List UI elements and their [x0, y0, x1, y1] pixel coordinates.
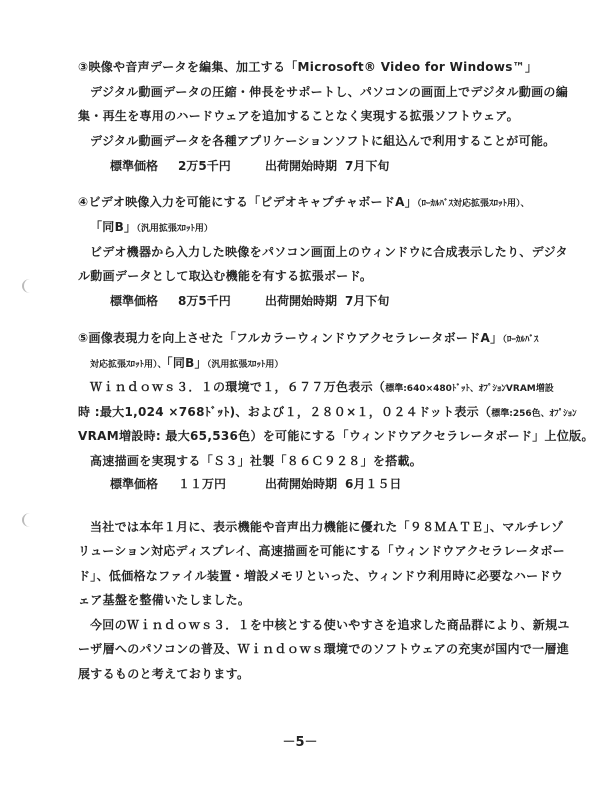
closing-paragraph-line: 展するものと考えております。 — [78, 666, 249, 682]
closing-paragraph-line: ド」、低価格なファイル装置・増設メモリといった、ウィンドウ利用時に必要なハードウ — [78, 568, 563, 584]
section-3-body-line: デジタル動画データを各種アプリケーションソフトに組込んで利用することが可能。 — [90, 133, 555, 149]
closing-paragraph-line: ーザ層へのパソコンの普及、Ｗｉｎｄｏｗｓ環境でのソフトウェアの充実が国内で一層進 — [78, 641, 569, 657]
section-5-heading2-note-a: 対応拡張ｽﾛｯﾄ用）、 — [90, 360, 167, 370]
punch-hole-mark — [22, 513, 38, 527]
section-5-body-text: 時 :最大1,024 ×768ﾄﾞｯﾄ)、および１，２８０×１，０２４ドット表示… — [78, 405, 491, 419]
page-number: －5－ — [0, 731, 600, 750]
section-5-body-note: 標準:640×480ﾄﾞｯﾄ、ｵﾌﾟｼｮﾝVRAM増設 — [385, 384, 554, 394]
section-5-body-text: Ｗｉｎｄｏｗｓ３．１の環境で１，６７７万色表示（ — [90, 380, 385, 394]
section-5-heading2-text: 「同B」 — [167, 356, 207, 370]
section-4-body-line: ル動画データとして取込む機能を有する拡張ボード。 — [78, 268, 372, 284]
price-label: 標準価格 — [110, 158, 158, 174]
section-3-body-line: デジタル動画データの圧縮・伸長をサポートし、パソコンの画面上でデジタル動画の編 — [90, 84, 568, 100]
section-4-heading2-text: 「同B」 — [90, 220, 136, 234]
section-4-body-line: ビデオ機器から入力した映像をパソコン画面上のウィンドウに合成表示したり、デジタ — [90, 244, 568, 260]
section-4-heading: ④ビデオ映像入力を可能にする「ビデオキャプチャボードA」（ﾛｰｶﾙﾊﾞｽ対応拡張… — [78, 194, 530, 212]
section-4-heading2-note: （汎用拡張ｽﾛｯﾄ用） — [136, 224, 213, 234]
ship-date-value: 7月下旬 — [345, 158, 389, 174]
price-label: 標準価格 — [110, 293, 158, 309]
punch-hole-mark — [22, 279, 38, 293]
section-5-body-line: VRAM増設時: 最大65,536色）を可能にする「ウィンドウアクセラレータボー… — [78, 428, 594, 444]
document-page: ③映像や音声データを編集、加工する「Microsoft® Video for W… — [0, 0, 600, 800]
ship-date-label: 出荷開始時期 — [265, 158, 337, 174]
section-5-body-line: Ｗｉｎｄｏｗｓ３．１の環境で１，６７７万色表示（標準:640×480ﾄﾞｯﾄ、ｵ… — [90, 379, 554, 397]
section-5-heading-note: （ﾛｰｶﾙﾊﾞｽ — [502, 335, 538, 345]
ship-date-value: 7月下旬 — [345, 293, 389, 309]
ship-date-label: 出荷開始時期 — [265, 476, 337, 492]
ship-date-value: 6月１５日 — [345, 476, 401, 492]
section-5-body-line: 高速描画を実現する「Ｓ３」社製「８６Ｃ９２８」を搭載。 — [90, 453, 422, 469]
price-value: 2万5千円 — [178, 158, 231, 174]
section-5-heading2-note: （汎用拡張ｽﾛｯﾄ用） — [207, 360, 284, 370]
ship-date-label: 出荷開始時期 — [265, 293, 337, 309]
section-4-heading-note: （ﾛｰｶﾙﾊﾞｽ対応拡張ｽﾛｯﾄ用）、 — [417, 199, 530, 209]
price-label: 標準価格 — [110, 476, 158, 492]
section-5-heading: ⑤画像表現力を向上させた「フルカラーウィンドウアクセラレータボードA」（ﾛｰｶﾙ… — [78, 330, 538, 348]
closing-paragraph-line: 当社では本年１月に、表示機能や音声出力機能に優れた「９８ＭＡＴＥ」、マルチレゾ — [90, 519, 563, 535]
section-3-heading: ③映像や音声データを編集、加工する「Microsoft® Video for W… — [78, 59, 537, 75]
price-value: １１万円 — [178, 476, 226, 492]
closing-paragraph-line: ェア基盤を整備いたしました。 — [78, 592, 250, 608]
section-5-heading-line2: 対応拡張ｽﾛｯﾄ用）、「同B」（汎用拡張ｽﾛｯﾄ用） — [90, 355, 283, 373]
section-3-body-line: 集・再生を専用のハードウェアを追加することなく実現する拡張ソフトウェア。 — [78, 108, 519, 124]
section-4-heading-line2: 「同B」（汎用拡張ｽﾛｯﾄ用） — [90, 219, 213, 237]
price-value: 8万5千円 — [178, 293, 231, 309]
section-4-heading-text: ④ビデオ映像入力を可能にする「ビデオキャプチャボードA」 — [78, 195, 417, 209]
closing-paragraph-line: 今回のＷｉｎｄｏｗｓ３．１を中核とする使いやすさを追求した商品群により、新規ユ — [90, 617, 570, 633]
section-5-body-line: 時 :最大1,024 ×768ﾄﾞｯﾄ)、および１，２８０×１，０２４ドット表示… — [78, 404, 577, 422]
section-5-body-note: 標準:256色、ｵﾌﾟｼｮﾝ — [491, 409, 576, 419]
closing-paragraph-line: リューション対応ディスプレイ、高速描画を可能にする「ウィンドウアクセラレータボー — [78, 543, 565, 559]
section-5-heading-text: ⑤画像表現力を向上させた「フルカラーウィンドウアクセラレータボードA」 — [78, 331, 502, 345]
